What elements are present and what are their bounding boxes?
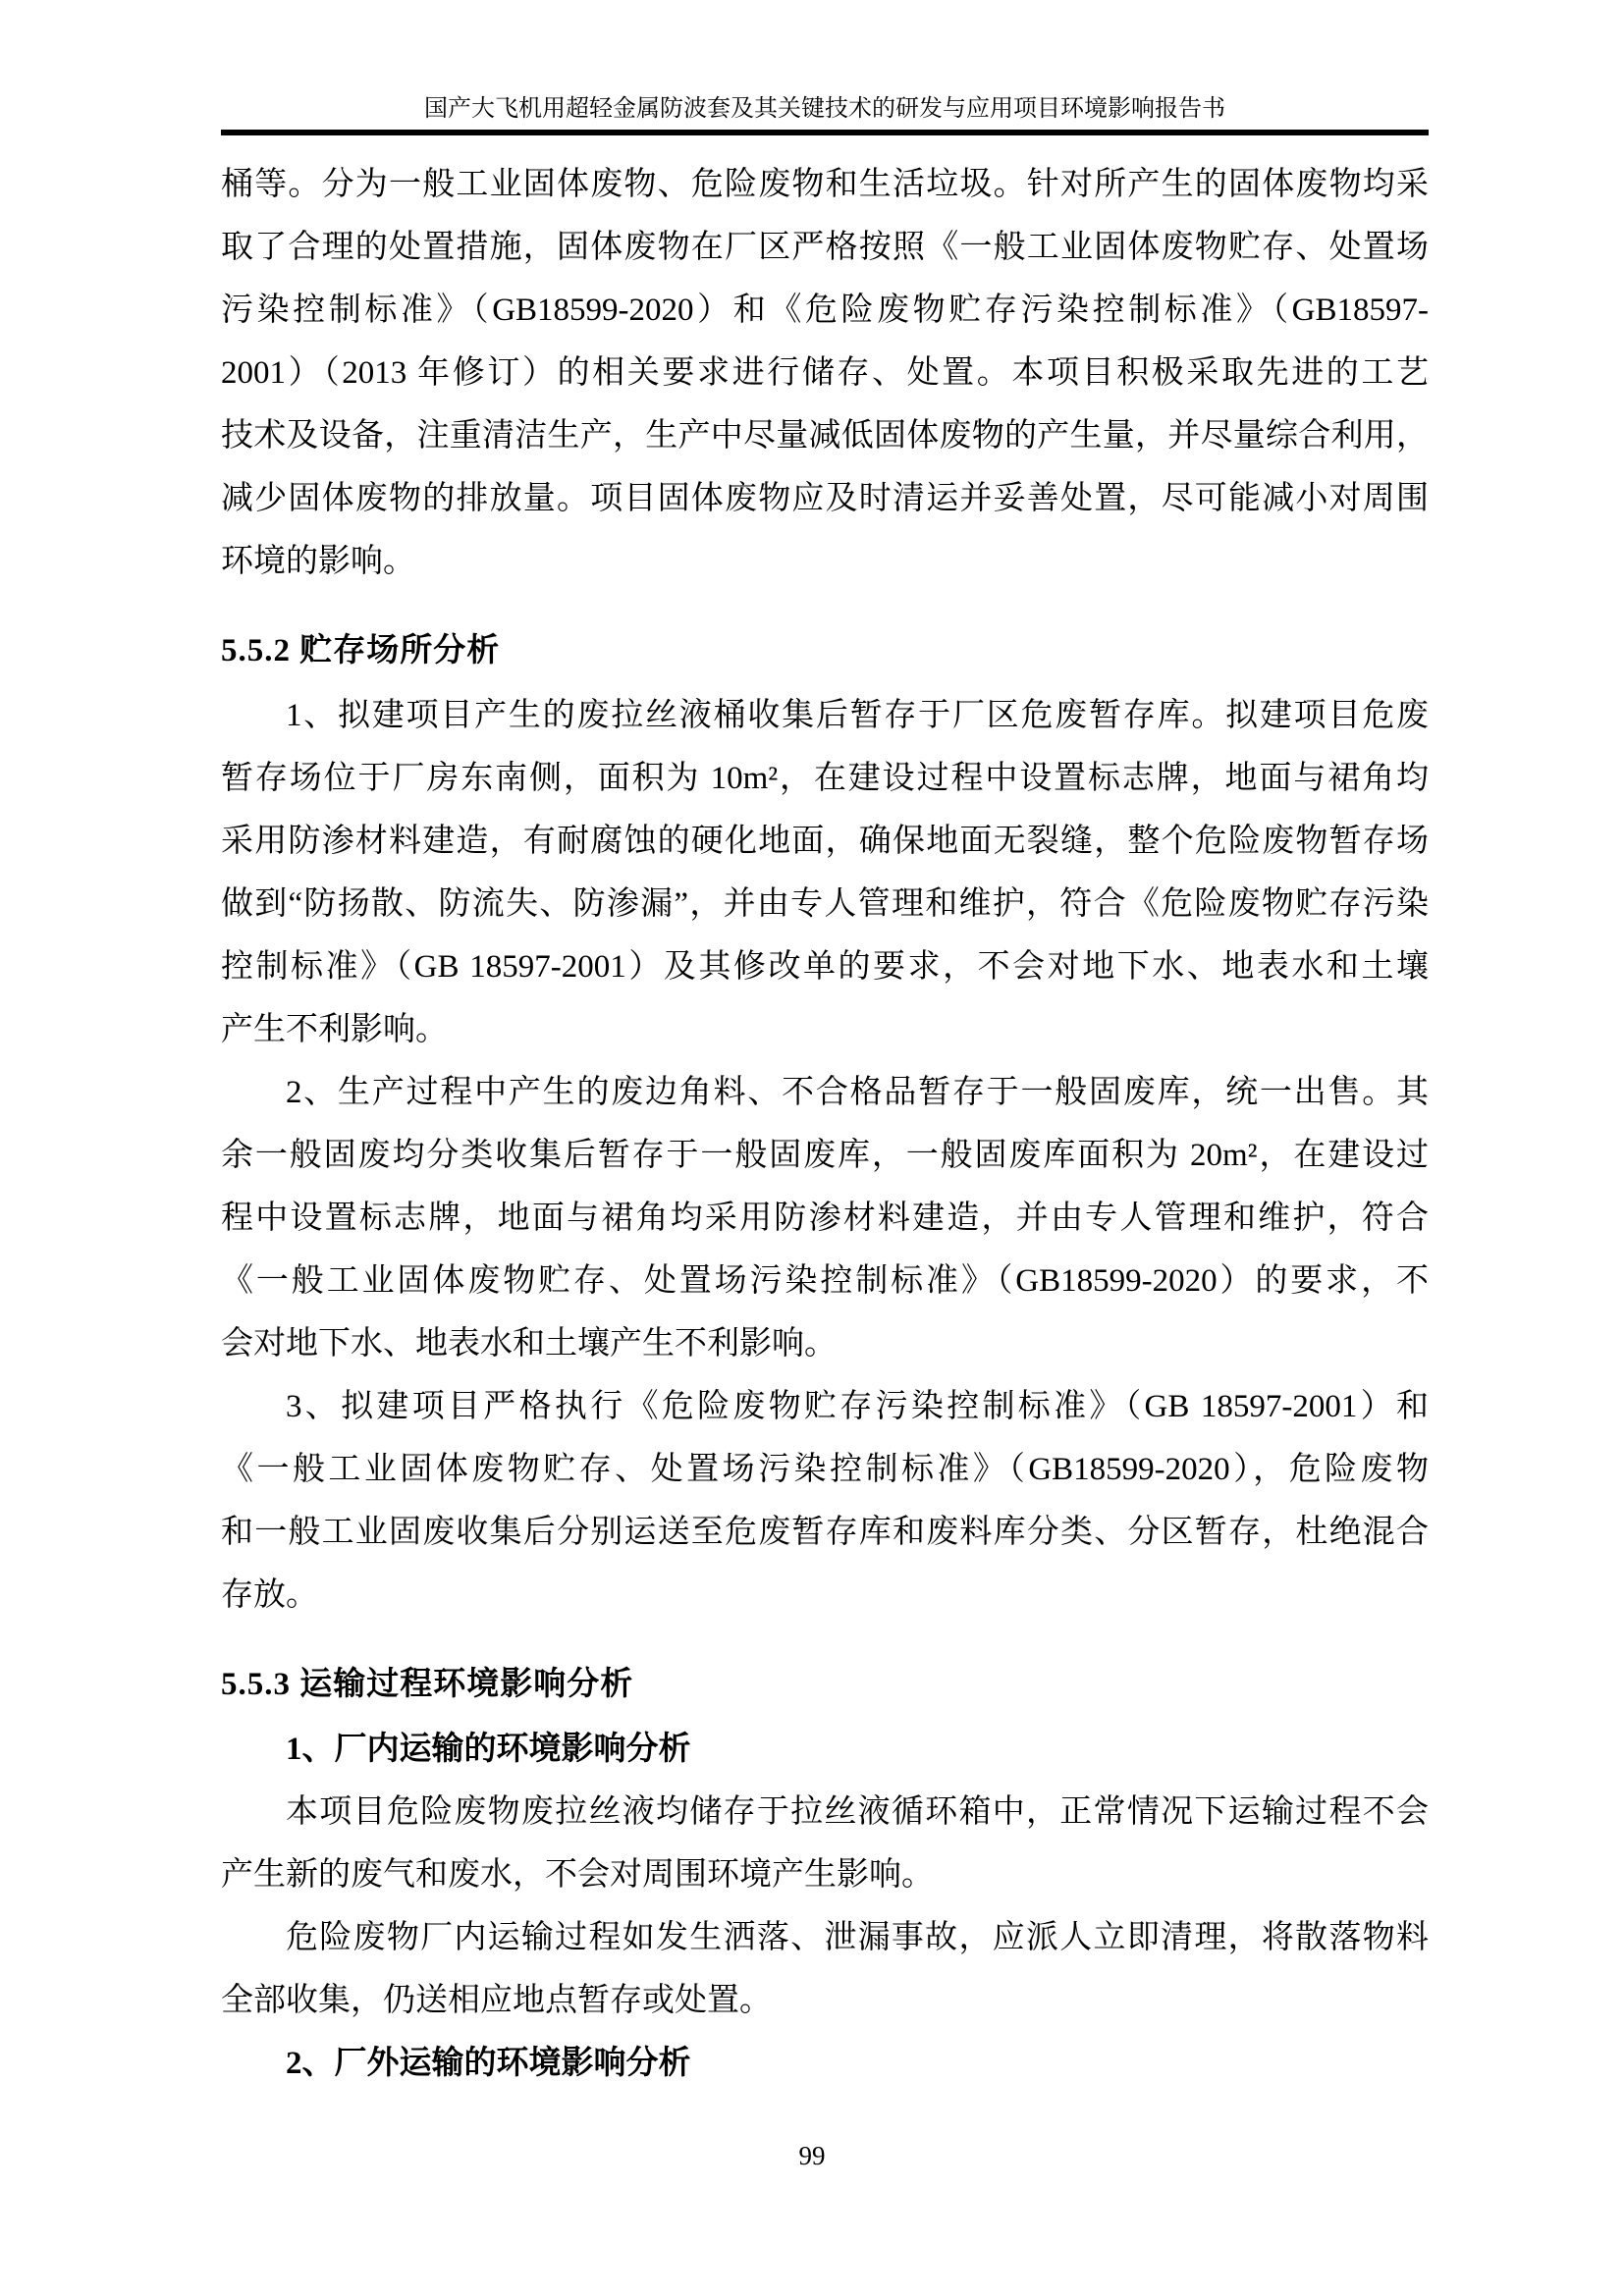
section-heading: 5.5.2 贮存场所分析 <box>221 619 1429 682</box>
text-line: 产生新的废气和废水，不会对周围环境产生影响。 <box>221 1843 1429 1906</box>
text-line: 环境的影响。 <box>221 530 1429 593</box>
text-line: 本项目危险废物废拉丝液均储存于拉丝液循环箱中，正常情况下运输过程不会 <box>221 1781 1429 1843</box>
text-line: 余一般固废均分类收集后暂存于一般固废库，一般固废库面积为 20m²，在建设过 <box>221 1124 1429 1187</box>
header-rule-divider <box>221 130 1429 135</box>
text-line: 技术及设备，注重清洁生产，生产中尽量减低固体废物的产生量，并尽量综合利用， <box>221 404 1429 467</box>
paragraph: 危险废物厂内运输过程如发生洒落、泄漏事故，应派人立即清理，将散落物料全部收集，仍… <box>221 1906 1429 2032</box>
document-page: 国产大飞机用超轻金属防波套及其关键技术的研发与应用项目环境影响报告书 桶等。分为… <box>0 0 1624 2296</box>
text-line: 桶等。分为一般工业固体废物、危险废物和生活垃圾。针对所产生的固体废物均采 <box>221 153 1429 216</box>
text-line: 采用防渗材料建造，有耐腐蚀的硬化地面，确保地面无裂缝，整个危险废物暂存场 <box>221 810 1429 873</box>
text-line: 取了合理的处置措施，固体废物在厂区严格按照《一般工业固体废物贮存、处置场 <box>221 216 1429 279</box>
text-line: 危险废物厂内运输过程如发生洒落、泄漏事故，应派人立即清理，将散落物料 <box>221 1906 1429 1969</box>
text-line: 和一般工业固废收集后分别运送至危废暂存库和废料库分类、分区暂存，杜绝混合 <box>221 1501 1429 1564</box>
sub-heading: 1、厂内运输的环境影响分析 <box>221 1718 1429 1781</box>
text-line: 产生不利影响。 <box>221 998 1429 1061</box>
paragraph: 桶等。分为一般工业固体废物、危险废物和生活垃圾。针对所产生的固体废物均采取了合理… <box>221 153 1429 593</box>
text-line: 3、拟建项目严格执行《危险废物贮存污染控制标准》（GB 18597-2001）和 <box>221 1375 1429 1438</box>
text-line: 减少固体废物的排放量。项目固体废物应及时清运并妥善处置，尽可能减小对周围 <box>221 467 1429 530</box>
text-line: 1、拟建项目产生的废拉丝液桶收集后暂存于厂区危废暂存库。拟建项目危废 <box>221 684 1429 747</box>
paragraph: 本项目危险废物废拉丝液均储存于拉丝液循环箱中，正常情况下运输过程不会产生新的废气… <box>221 1781 1429 1906</box>
text-line: 2、生产过程中产生的废边角料、不合格品暂存于一般固废库，统一出售。其 <box>221 1061 1429 1124</box>
text-line: 2001）（2013 年修订）的相关要求进行储存、处置。本项目积极采取先进的工艺 <box>221 342 1429 404</box>
text-line: 暂存场位于厂房东南侧，面积为 10m²，在建设过程中设置标志牌，地面与裙角均 <box>221 747 1429 810</box>
page-number: 99 <box>0 2140 1624 2171</box>
text-line: 控制标准》（GB 18597-2001）及其修改单的要求，不会对地下水、地表水和… <box>221 935 1429 998</box>
text-line: 全部收集，仍送相应地点暂存或处置。 <box>221 1969 1429 2032</box>
paragraph: 1、拟建项目产生的废拉丝液桶收集后暂存于厂区危废暂存库。拟建项目危废暂存场位于厂… <box>221 684 1429 1061</box>
text-line: 程中设置标志牌，地面与裙角均采用防渗材料建造，并由专人管理和维护，符合 <box>221 1187 1429 1250</box>
text-line: 《一般工业固体废物贮存、处置场污染控制标准》（GB18599-2020）的要求，… <box>221 1250 1429 1312</box>
text-line: 污染控制标准》（GB18599-2020）和《危险废物贮存污染控制标准》（GB1… <box>221 279 1429 342</box>
page-header-title: 国产大飞机用超轻金属防波套及其关键技术的研发与应用项目环境影响报告书 <box>221 94 1429 124</box>
text-line: 存放。 <box>221 1564 1429 1627</box>
text-line: 做到“防扬散、防流失、防渗漏”，并由专人管理和维护，符合《危险废物贮存污染 <box>221 873 1429 935</box>
section-heading: 5.5.3 运输过程环境影响分析 <box>221 1653 1429 1716</box>
text-line: 会对地下水、地表水和土壤产生不利影响。 <box>221 1312 1429 1375</box>
sub-heading: 2、厂外运输的环境影响分析 <box>221 2032 1429 2095</box>
text-line: 《一般工业固体废物贮存、处置场污染控制标准》（GB18599-2020），危险废… <box>221 1438 1429 1501</box>
paragraph: 2、生产过程中产生的废边角料、不合格品暂存于一般固废库，统一出售。其余一般固废均… <box>221 1061 1429 1375</box>
paragraph: 3、拟建项目严格执行《危险废物贮存污染控制标准》（GB 18597-2001）和… <box>221 1375 1429 1627</box>
document-body: 桶等。分为一般工业固体废物、危险废物和生活垃圾。针对所产生的固体废物均采取了合理… <box>221 153 1429 2095</box>
